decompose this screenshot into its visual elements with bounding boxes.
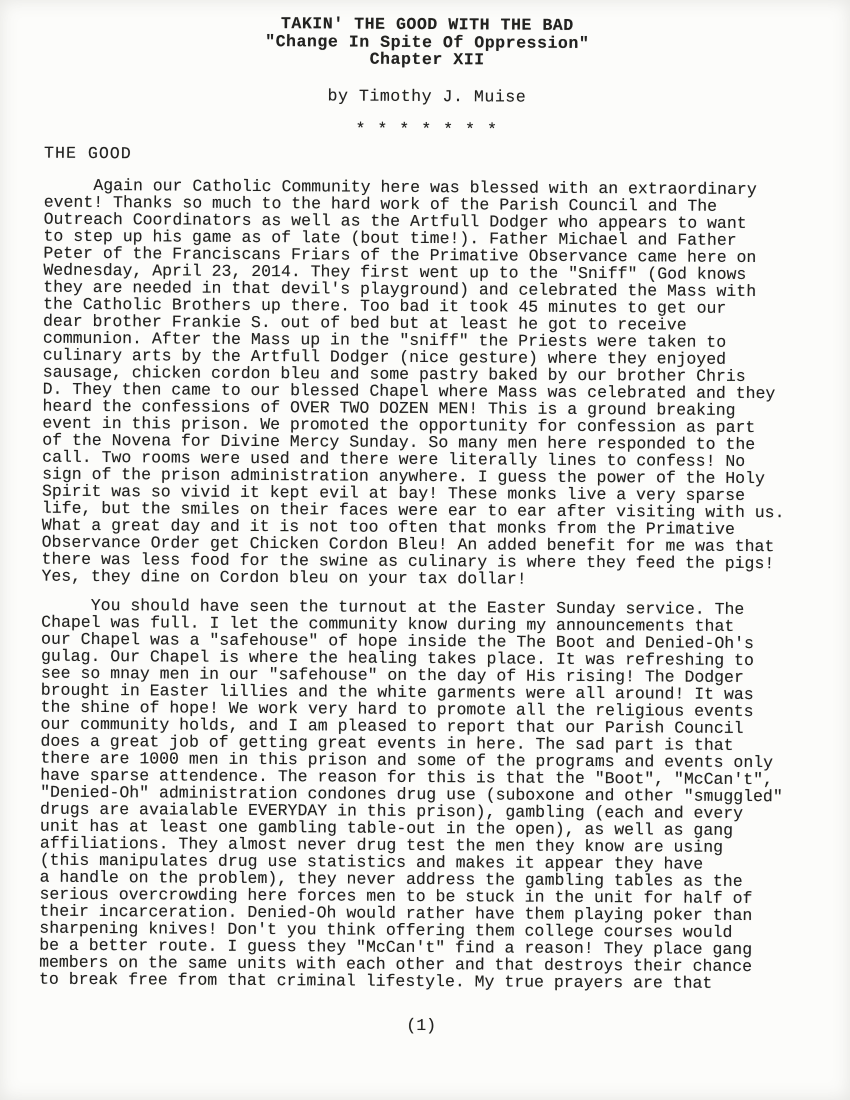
page-number: (1) <box>39 1015 804 1037</box>
star-separator: * * * * * * * <box>44 119 809 141</box>
body-paragraph-2: You should have seen the turnout at the … <box>39 597 806 993</box>
document-header: TAKIN' THE GOOD WITH THE BAD "Change In … <box>44 14 810 141</box>
body-paragraph-1: Again our Catholic Community here was bl… <box>41 177 808 590</box>
document-page: TAKIN' THE GOOD WITH THE BAD "Change In … <box>0 0 850 1100</box>
scanned-sheet: TAKIN' THE GOOD WITH THE BAD "Change In … <box>0 0 850 1037</box>
document-content: TAKIN' THE GOOD WITH THE BAD "Change In … <box>0 0 850 1037</box>
byline: by Timothy J. Muise <box>44 85 809 107</box>
section-heading-the-good: THE GOOD <box>44 144 809 166</box>
document-title-line-3: Chapter XII <box>45 49 810 71</box>
